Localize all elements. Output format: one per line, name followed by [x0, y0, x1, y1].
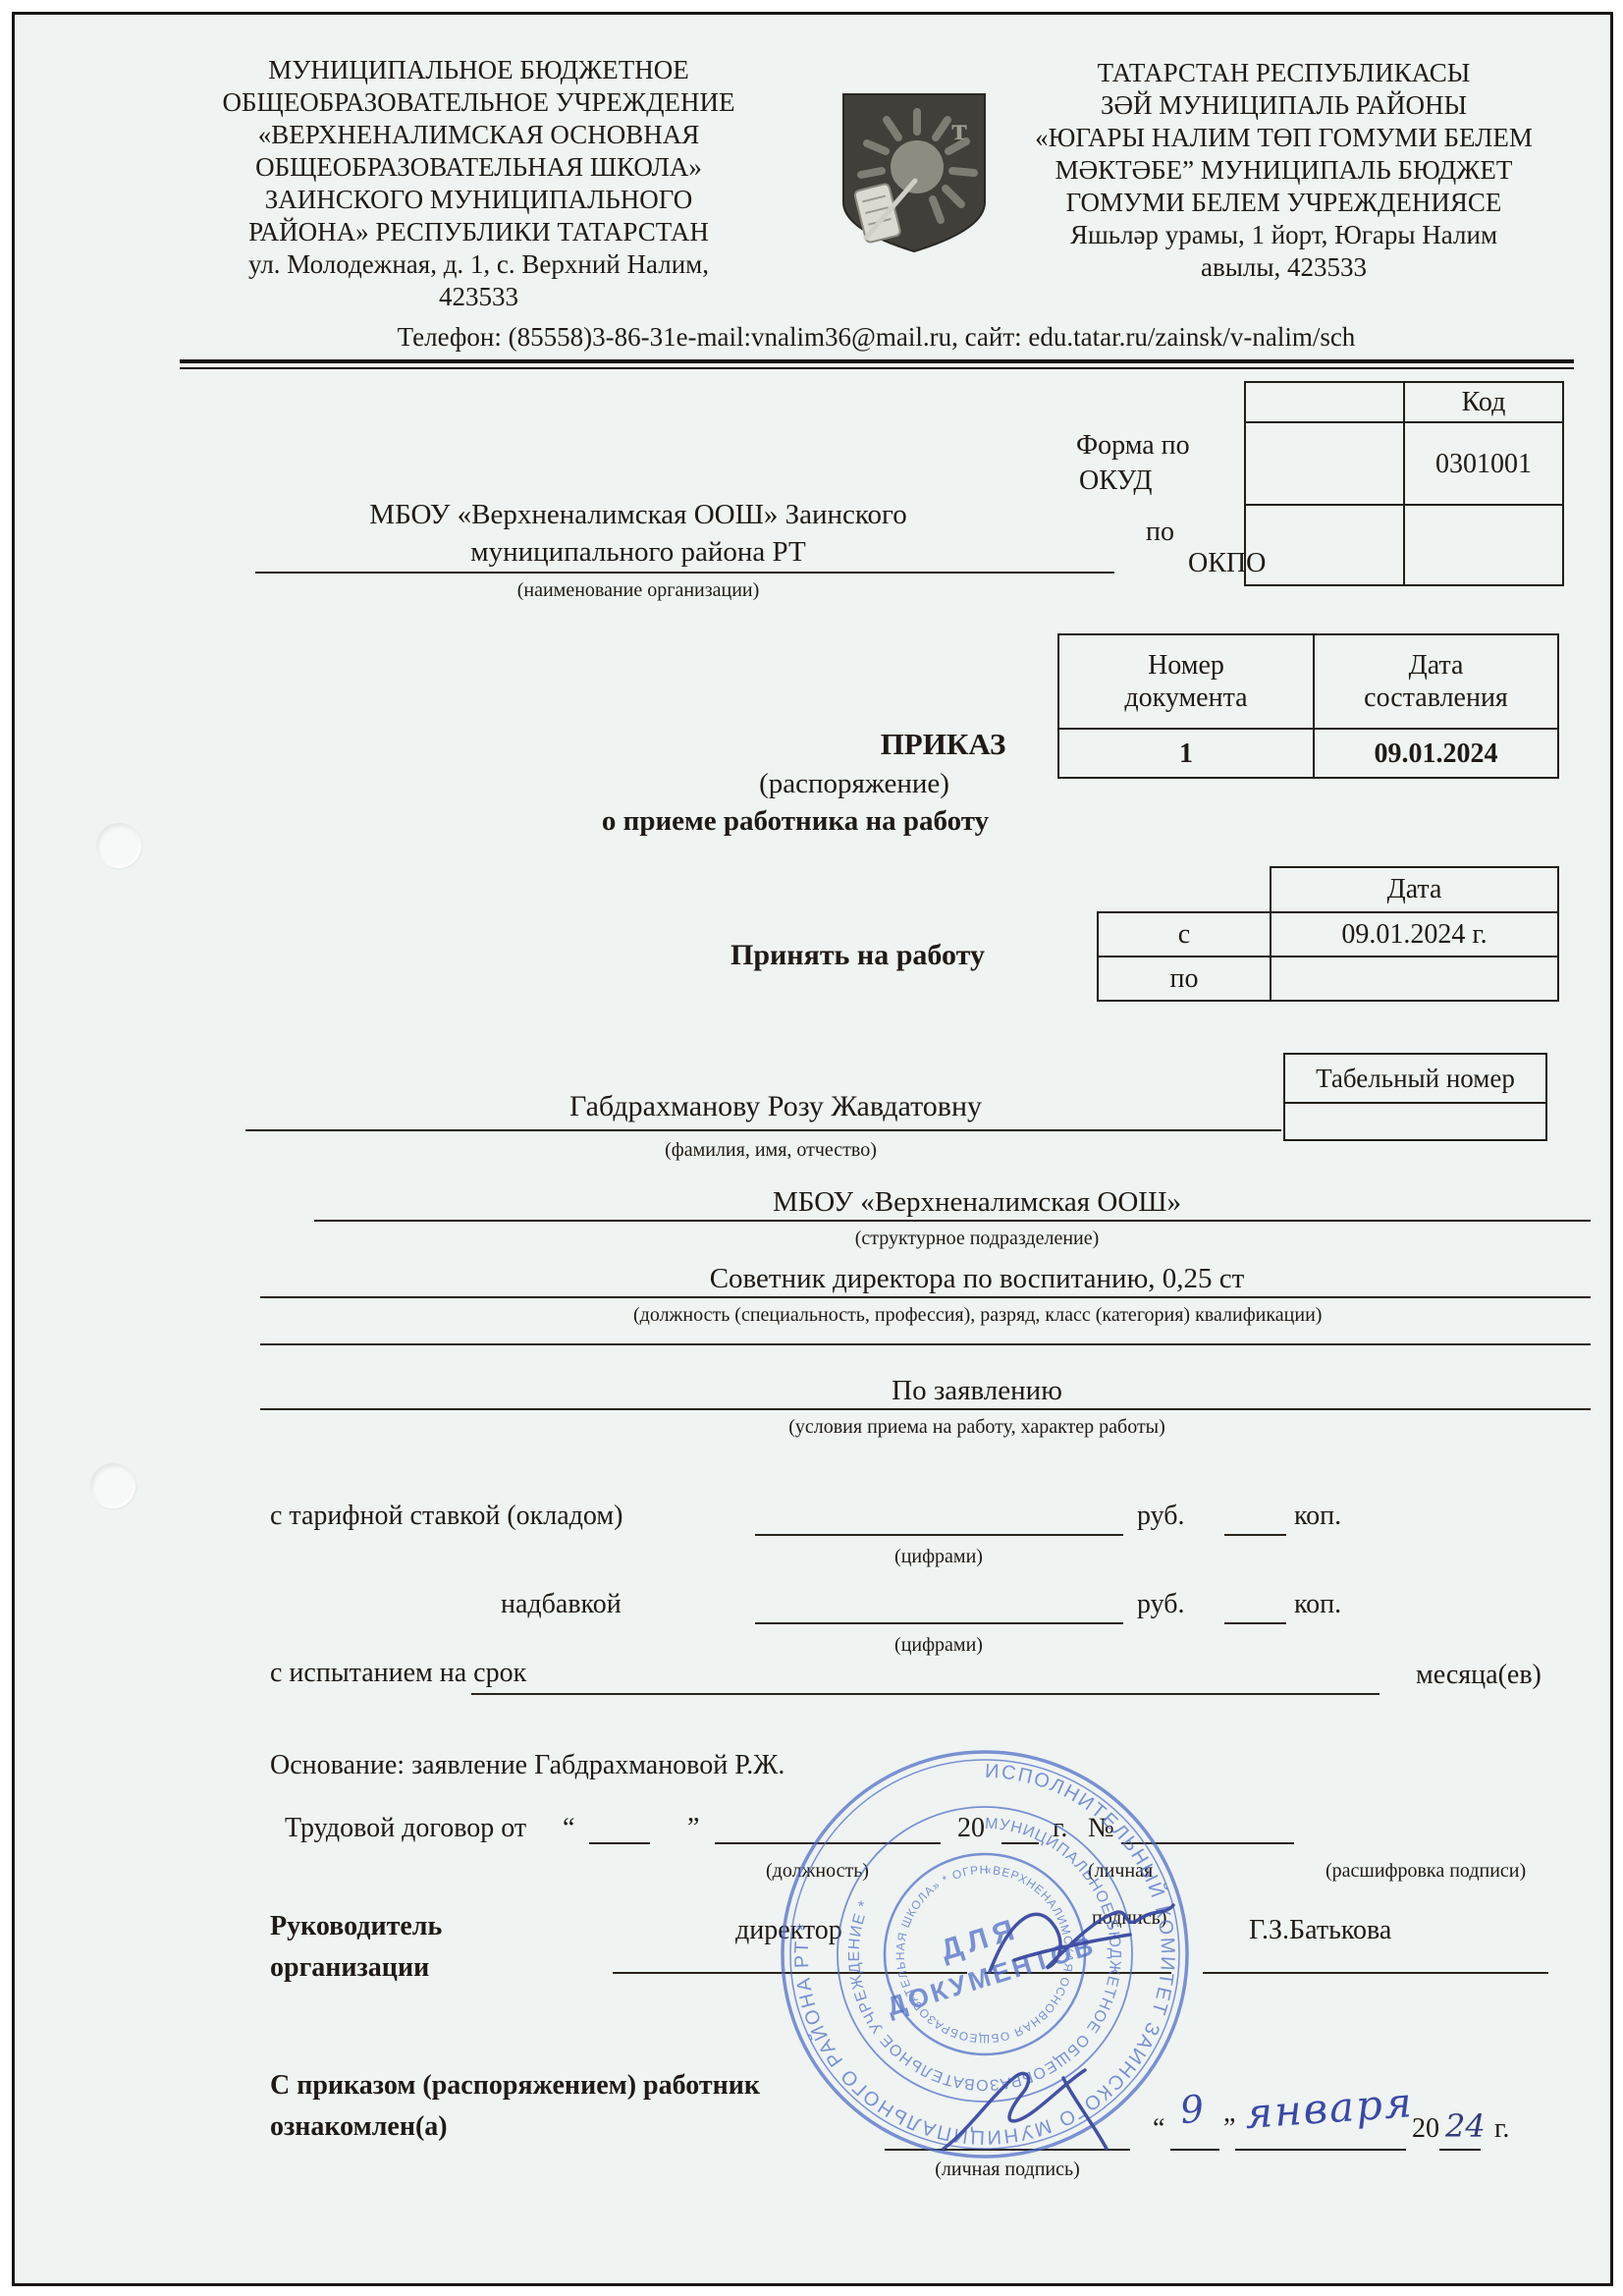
ack-year-label: г. [1494, 2113, 1509, 2145]
code-table: Код 0301001 [1244, 381, 1564, 586]
svg-text:т: т [951, 111, 967, 146]
okpo-value-cell [1404, 505, 1563, 585]
head-label-line1: Руководитель [270, 1911, 442, 1942]
hire-date-header-cell: Дата [1270, 866, 1559, 913]
date-header-line2: составления [1315, 682, 1557, 714]
ack-year-prefix: 20 [1412, 2113, 1439, 2145]
organization-name-line2: муниципального района РТ [344, 536, 933, 569]
org-tat-line: ТАТАРСТАН РЕСПУБЛИКАСЫ [997, 57, 1571, 89]
org-ru-line: ОБЩЕОБРАЗОВАТЕЛЬНАЯ ШКОЛА» [182, 151, 776, 184]
tariff-label: с тарифной ставкой (окладом) [270, 1501, 622, 1532]
order-number-value: 1 [1058, 729, 1314, 778]
position-caption: (должность (специальность, профессия), р… [633, 1304, 1321, 1327]
tariff-rub-label: руб. [1137, 1501, 1185, 1532]
conditions-caption: (условия приема на работу, характер рабо… [633, 1416, 1321, 1439]
number-header-line1: Номер [1059, 649, 1313, 682]
org-tat-line: ЗӘЙ МУНИЦИПАЛЬ РАЙОНЫ [997, 89, 1571, 122]
handwritten-year-suffix: 24 [1445, 2107, 1486, 2145]
bonus-label: надбавкой [501, 1589, 622, 1620]
personnel-number-label-cell: Табельный номер [1284, 1054, 1546, 1103]
organization-name-line1: МБОУ «Верхненалимская ООШ» Заинского [344, 499, 933, 531]
number-header-cell: Номер документа [1058, 634, 1314, 729]
empty-ruled-line [260, 1343, 1591, 1345]
employee-name-underline [245, 1129, 1281, 1131]
contract-year-blank [1001, 1842, 1039, 1844]
hire-from-label-cell: с [1097, 911, 1271, 957]
order-number-date-table: Номер документа Дата составления 1 09.01… [1057, 633, 1559, 779]
position-value: Советник директора по воспитанию, 0,25 с… [682, 1263, 1271, 1295]
okpo-empty-cell [1245, 505, 1404, 585]
org-ru-line: РАЙОНА» РЕСПУБЛИКИ ТАТАРСТАН [182, 216, 776, 248]
ack-day-underline [1170, 2149, 1219, 2151]
ack-signature-caption: (личная подпись) [885, 2159, 1130, 2181]
punch-hole-top [96, 823, 141, 868]
org-tat-line: ГОМУМИ БЕЛЕМ УЧРЕЖДЕНИЯСЕ [997, 187, 1571, 219]
org-ru-line: ЗАИНСКОГО МУНИЦИПАЛЬНОГО [182, 184, 776, 216]
bonus-kop-label: коп. [1294, 1589, 1341, 1620]
tariff-digits-caption: (цифрами) [791, 1546, 1086, 1568]
form-label-forma-po: Форма по [1076, 430, 1190, 462]
head-signature-underline [985, 1972, 1171, 1974]
org-tat-line: авылы, 423533 [997, 251, 1571, 284]
org-tat-line: Яшьләр урамы, 1 йорт, Югары Налим [997, 219, 1571, 251]
bonus-kop-blank [1224, 1622, 1286, 1624]
ack-label-line1: С приказом (распоряжением) работник [270, 2070, 760, 2102]
okud-value-cell: 0301001 [1404, 422, 1563, 505]
head-label-line2: организации [270, 1952, 429, 1984]
structural-unit-underline [314, 1220, 1591, 1222]
form-label-po: по [1146, 517, 1174, 548]
tariff-kop-label: коп. [1294, 1501, 1341, 1532]
org-tat-line: «ЮГАРЫ НАЛИМ ТӨП ГОМУМИ БЕЛЕМ [997, 122, 1571, 154]
contract-close-quote: ” [687, 1813, 699, 1844]
school-emblem-logo: т [837, 88, 992, 257]
ack-signature-blank [885, 2149, 1130, 2151]
bonus-digits-caption: (цифрами) [791, 1634, 1086, 1657]
employee-name: Габдрахманову Розу Жавдатовну [481, 1090, 1070, 1124]
scanned-order-document: МУНИЦИПАЛЬНОЕ БЮДЖЕТНОЕ ОБЩЕОБРАЗОВАТЕЛЬ… [0, 0, 1623, 2296]
hire-to-value-cell [1270, 956, 1559, 1002]
contract-month-blank [715, 1842, 941, 1844]
ack-year-underline [1439, 2149, 1481, 2151]
organization-name-caption: (наименование организации) [491, 579, 785, 602]
tariff-kop-blank [1224, 1534, 1286, 1536]
employee-name-caption: (фамилия, имя, отчество) [623, 1139, 918, 1162]
org-name-tatar-block: ТАТАРСТАН РЕСПУБЛИКАСЫ ЗӘЙ МУНИЦИПАЛЬ РА… [997, 57, 1571, 284]
order-date-value: 09.01.2024 [1314, 729, 1558, 778]
order-subject: о приеме работника на работу [584, 805, 1006, 838]
transcript-caption: (расшифровка подписи) [1325, 1860, 1526, 1883]
punch-hole-bottom [90, 1463, 135, 1508]
contract-day-blank [589, 1842, 650, 1844]
conditions-underline [260, 1408, 1591, 1410]
head-name-value: Г.З.Батькова [1249, 1915, 1391, 1946]
bonus-rub-label: руб. [1137, 1589, 1185, 1620]
personal-signature-caption-line1: (личная [1088, 1860, 1153, 1883]
contract-year-suffix: г. [1053, 1813, 1067, 1844]
basis-text: Основание: заявление Габдрахмановой Р.Ж. [270, 1750, 784, 1781]
org-ru-line: 423533 [182, 281, 776, 313]
org-ru-line: ОБЩЕОБРАЗОВАТЕЛЬНОЕ УЧРЕЖДЕНИЕ [182, 86, 776, 119]
contact-line: Телефон: (85558)3-86-31e-mail:vnalim36@m… [182, 322, 1571, 353]
head-position-value: директор [735, 1915, 842, 1946]
ack-label-line2: ознакомлен(а) [270, 2111, 448, 2143]
probation-label: с испытанием на срок [270, 1658, 526, 1689]
hire-to-label-cell: по [1097, 956, 1271, 1002]
contract-number-blank [1121, 1842, 1294, 1844]
personnel-number-value-cell [1284, 1103, 1546, 1140]
order-title: ПРИКАЗ [842, 727, 1044, 762]
head-position-underline [613, 1972, 967, 1974]
header-divider-rule [180, 359, 1574, 369]
structural-unit-value: МБОУ «Верхненалимская ООШ» [682, 1186, 1271, 1219]
contract-label: Трудовой договор от [285, 1813, 526, 1844]
org-ru-line: «ВЕРХНЕНАЛИМСКАЯ ОСНОВНАЯ [182, 119, 776, 151]
probation-months-label: месяца(ев) [1416, 1660, 1542, 1691]
hire-from-value-cell: 09.01.2024 г. [1270, 911, 1559, 957]
org-tat-line: МӘКТӘБЕ” МУНИЦИПАЛЬ БЮДЖЕТ [997, 154, 1571, 187]
code-cell-empty [1245, 382, 1404, 422]
ack-close-quote: ” [1223, 2113, 1235, 2145]
order-subtitle: (распоряжение) [731, 768, 977, 800]
code-header-cell: Код [1404, 382, 1563, 422]
date-header-line1: Дата [1315, 649, 1557, 682]
ack-month-underline [1235, 2149, 1406, 2151]
hire-label: Принять на работу [730, 939, 985, 973]
shield-sun-icon: т [837, 88, 992, 257]
date-header-cell: Дата составления [1314, 634, 1558, 729]
handwritten-day: 9 [1178, 2087, 1207, 2132]
ack-open-quote: “ [1153, 2113, 1164, 2145]
contract-year-prefix: 20 [957, 1813, 985, 1844]
contract-open-quote: “ [563, 1813, 574, 1844]
okud-empty-cell [1245, 422, 1404, 505]
position-underline [260, 1296, 1591, 1298]
org-ru-line: ул. Молодежная, д. 1, с. Верхний Налим, [182, 248, 776, 281]
number-header-line2: документа [1059, 682, 1313, 714]
contract-number-sign: № [1088, 1813, 1114, 1844]
form-label-okud: ОКУД [1079, 465, 1152, 497]
organization-name-underline [255, 572, 1114, 574]
structural-unit-caption: (структурное подразделение) [830, 1228, 1124, 1250]
contract-position-caption: (должность) [687, 1860, 947, 1883]
conditions-value: По заявлению [682, 1375, 1271, 1407]
probation-blank [471, 1693, 1380, 1695]
tariff-amount-blank [755, 1534, 1123, 1536]
org-ru-line: МУНИЦИПАЛЬНОЕ БЮДЖЕТНОЕ [182, 54, 776, 86]
personnel-number-box: Табельный номер [1283, 1053, 1547, 1141]
head-name-underline [1203, 1972, 1548, 1974]
personal-signature-caption-line2: подпись) [1092, 1907, 1166, 1930]
bonus-amount-blank [755, 1622, 1123, 1624]
org-name-russian-block: МУНИЦИПАЛЬНОЕ БЮДЖЕТНОЕ ОБЩЕОБРАЗОВАТЕЛЬ… [182, 54, 776, 313]
